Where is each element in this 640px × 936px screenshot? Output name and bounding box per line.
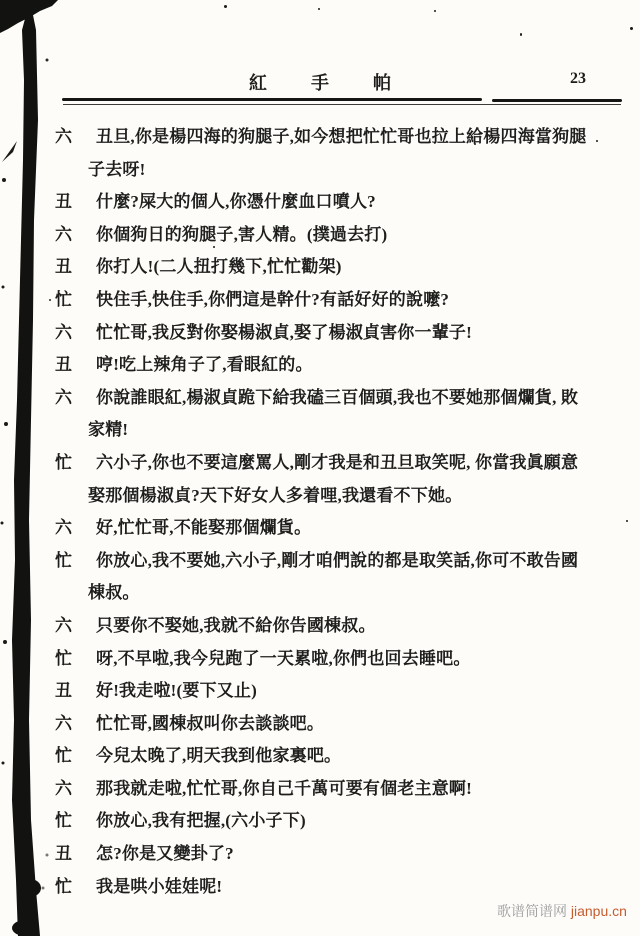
speaker-label: 六 bbox=[55, 121, 72, 154]
dialogue-row: 六你說誰眼紅,楊淑貞跪下給我磕三百個頭,我也不要她那個爛貨, 敗家精! bbox=[55, 382, 631, 447]
header-rule bbox=[492, 99, 622, 102]
speaker-label: 六 bbox=[55, 512, 72, 545]
dialogue-line: 哼!吃上辣角子了,看眼紅的。 bbox=[96, 349, 631, 382]
dialogue-line: 你說誰眼紅,楊淑貞跪下給我磕三百個頭,我也不要她那個爛貨, 敗 bbox=[96, 382, 631, 415]
dialogue-row: 六只要你不娶她,我就不給你告國棟叔。 bbox=[55, 610, 631, 643]
dialogue-row: 六丑旦,你是楊四海的狗腿子,如今想把忙忙哥也拉上給楊四海當狗腿子去呀! bbox=[55, 121, 631, 186]
dialogue-line: 我是哄小娃娃呢! bbox=[96, 871, 631, 904]
speaker-label: 六 bbox=[55, 610, 72, 643]
speaker-label: 六 bbox=[55, 773, 72, 806]
dialogue-row: 忙快住手,快住手,你們這是幹什?有話好好的說嚒? bbox=[55, 284, 631, 317]
dialogue-row: 丑好!我走啦!(要下又止) bbox=[55, 675, 631, 708]
scanned-script-page: 紅手帕 23 六丑旦,你是楊四海的狗腿子,如今想把忙忙哥也拉上給楊四海當狗腿子去… bbox=[0, 0, 640, 936]
dialogue-line: 子去呀! bbox=[88, 154, 631, 187]
speaker-label: 六 bbox=[55, 382, 72, 415]
ink-speck bbox=[318, 8, 320, 10]
speaker-label: 六 bbox=[55, 317, 72, 350]
dialogue-row: 忙六小子,你也不要這麼罵人,剛才我是和丑旦取笑呢, 你當我眞願意娶那個楊淑貞?天… bbox=[55, 447, 631, 512]
dialogue-line: 今兒太晚了,明天我到他家裏吧。 bbox=[96, 740, 631, 773]
dialogue-row: 六忙忙哥,國棟叔叫你去談談吧。 bbox=[55, 708, 631, 741]
page-title: 紅手帕 bbox=[249, 69, 435, 95]
dialogue-row: 六忙忙哥,我反對你娶楊淑貞,娶了楊淑貞害你一輩子! bbox=[55, 317, 631, 350]
dialogue-line: 好!我走啦!(要下又止) bbox=[96, 675, 631, 708]
dialogue-row: 六好,忙忙哥,不能娶那個爛貨。 bbox=[55, 512, 631, 545]
ink-speck bbox=[520, 33, 522, 36]
header-rule bbox=[62, 98, 482, 101]
dialogue-list: 六丑旦,你是楊四海的狗腿子,如今想把忙忙哥也拉上給楊四海當狗腿子去呀!丑什麼?屎… bbox=[55, 121, 631, 903]
dialogue-line: 那我就走啦,忙忙哥,你自己千萬可要有個老主意啊! bbox=[96, 773, 631, 806]
dialogue-row: 六你個狗日的狗腿子,害人精。(撲過去打) bbox=[55, 219, 631, 252]
dialogue-row: 忙呀,不早啦,我今兒跑了一天累啦,你們也回去睡吧。 bbox=[55, 643, 631, 676]
watermark-site-url: jianpu.cn bbox=[571, 903, 627, 919]
dialogue-row: 丑什麼?屎大的個人,你憑什麼血口噴人? bbox=[55, 186, 631, 219]
dialogue-line: 只要你不娶她,我就不給你告國棟叔。 bbox=[96, 610, 631, 643]
dialogue-line: 家精! bbox=[88, 414, 631, 447]
watermark: 歌谱简谱网 jianpu.cn bbox=[497, 901, 627, 921]
dialogue-line: 什麼?屎大的個人,你憑什麼血口噴人? bbox=[96, 186, 631, 219]
dialogue-line: 快住手,快住手,你們這是幹什?有話好好的說嚒? bbox=[96, 284, 631, 317]
ink-speck bbox=[596, 140, 598, 142]
dialogue-row: 忙今兒太晚了,明天我到他家裏吧。 bbox=[55, 740, 631, 773]
speaker-label: 忙 bbox=[55, 643, 72, 676]
speaker-label: 丑 bbox=[55, 251, 72, 284]
dialogue-row: 丑怎?你是又變卦了? bbox=[55, 838, 631, 871]
dialogue-line: 怎?你是又變卦了? bbox=[96, 838, 631, 871]
dialogue-row: 忙我是哄小娃娃呢! bbox=[55, 871, 631, 904]
dialogue-row: 六那我就走啦,忙忙哥,你自己千萬可要有個老主意啊! bbox=[55, 773, 631, 806]
page-number: 23 bbox=[570, 70, 586, 88]
speaker-label: 丑 bbox=[55, 675, 72, 708]
dialogue-line: 忙忙哥,國棟叔叫你去談談吧。 bbox=[96, 708, 631, 741]
dialogue-row: 忙你放心,我有把握,(六小子下) bbox=[55, 805, 631, 838]
ink-speck bbox=[626, 520, 628, 522]
speaker-label: 忙 bbox=[55, 740, 72, 773]
speaker-label: 丑 bbox=[55, 349, 72, 382]
ink-speck bbox=[224, 5, 227, 8]
watermark-site-name: 歌谱简谱网 bbox=[497, 903, 567, 919]
ink-speck bbox=[630, 27, 633, 30]
dialogue-line: 娶那個楊淑貞?天下好女人多着哩,我還看不下她。 bbox=[88, 480, 631, 513]
ink-speck bbox=[434, 10, 436, 12]
speaker-label: 丑 bbox=[55, 186, 72, 219]
speaker-label: 忙 bbox=[55, 447, 72, 480]
dialogue-row: 丑你打人!(二人扭打幾下,忙忙勸架) bbox=[55, 251, 631, 284]
speaker-label: 忙 bbox=[55, 284, 72, 317]
dialogue-line: 丑旦,你是楊四海的狗腿子,如今想把忙忙哥也拉上給楊四海當狗腿 bbox=[96, 121, 631, 154]
ink-speck bbox=[474, 143, 476, 145]
dialogue-line: 你放心,我有把握,(六小子下) bbox=[96, 805, 631, 838]
dialogue-row: 丑哼!吃上辣角子了,看眼紅的。 bbox=[55, 349, 631, 382]
dialogue-line: 好,忙忙哥,不能娶那個爛貨。 bbox=[96, 512, 631, 545]
dialogue-line: 棟叔。 bbox=[88, 577, 631, 610]
speaker-label: 六 bbox=[55, 219, 72, 252]
dialogue-line: 你放心,我不要她,六小子,剛才咱們說的都是取笑話,你可不敢告國 bbox=[96, 545, 631, 578]
dialogue-line: 你打人!(二人扭打幾下,忙忙勸架) bbox=[96, 251, 631, 284]
speaker-label: 忙 bbox=[55, 871, 72, 904]
speaker-label: 丑 bbox=[55, 838, 72, 871]
speaker-label: 忙 bbox=[55, 805, 72, 838]
speaker-label: 忙 bbox=[55, 545, 72, 578]
dialogue-line: 六小子,你也不要這麼罵人,剛才我是和丑旦取笑呢, 你當我眞願意 bbox=[96, 447, 631, 480]
dialogue-row: 忙你放心,我不要她,六小子,剛才咱們說的都是取笑話,你可不敢告國棟叔。 bbox=[55, 545, 631, 610]
speaker-label: 六 bbox=[55, 708, 72, 741]
header-rule-thin bbox=[63, 104, 621, 105]
dialogue-line: 你個狗日的狗腿子,害人精。(撲過去打) bbox=[96, 219, 631, 252]
dialogue-line: 呀,不早啦,我今兒跑了一天累啦,你們也回去睡吧。 bbox=[96, 643, 631, 676]
ink-speck bbox=[213, 246, 215, 248]
dialogue-line: 忙忙哥,我反對你娶楊淑貞,娶了楊淑貞害你一輩子! bbox=[96, 317, 631, 350]
